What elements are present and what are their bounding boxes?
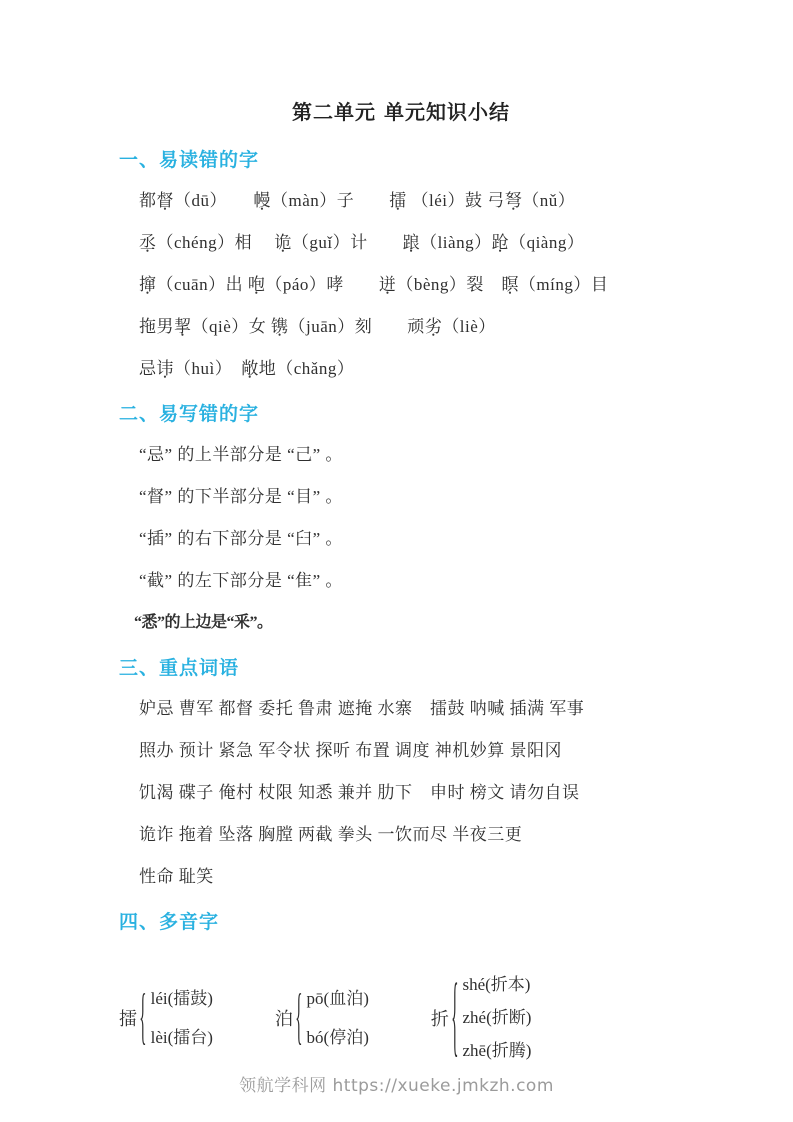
polyphone-reading: shé(折本) (462, 968, 531, 1001)
text-line: 拖男挈（qiè）女 镌（juān）刻 顽劣（liè） (119, 314, 683, 339)
emphasized-character: 幔 (254, 188, 272, 213)
emphasized-character: 诡 (274, 230, 292, 255)
emphasized-character: 擂 (389, 188, 407, 213)
brace-glyph: { (295, 987, 302, 1049)
emphasized-character: 镌 (271, 314, 289, 339)
emphasized-character: 讳 (157, 356, 175, 381)
emphasized-character: 踉 (403, 230, 421, 255)
text-line: 饥渴 碟子 俺村 杖限 知悉 兼并 肋下 申时 榜文 请勿自误 (119, 780, 683, 805)
polyphone-row: 擂 { léi(擂鼓) lèi(擂台) 泊 { pō(血泊) bó(停泊) 折 … (119, 968, 683, 1067)
emphasized-character: 跄 (492, 230, 510, 255)
polyphone-reading: léi(擂鼓) (151, 979, 213, 1018)
emphasized-character: 敞 (241, 356, 259, 381)
emphasized-character: 迸 (379, 272, 397, 297)
polyphone-group-zhe: 折 { shé(折本) zhé(折断) zhē(折腾) (431, 968, 532, 1067)
text-line: “插” 的右下部分是 “臼” 。 (119, 526, 683, 551)
text-line: 都督（dū） 幔（màn）子 擂 （léi）鼓 弓弩（nǔ） (119, 188, 683, 213)
emphasized-character: 瞑 (501, 272, 519, 297)
text-line: “截” 的左下部分是 “隹” 。 (119, 568, 683, 593)
text-line: “悉”的上边是“釆”。 (119, 610, 683, 635)
polyphone-character: 折 (431, 1005, 449, 1031)
emphasized-character: 弩 (505, 188, 523, 213)
section-heading-easily-miswritten: 二、易写错的字 (119, 399, 683, 426)
polyphone-reading: pō(血泊) (307, 979, 369, 1018)
brace-glyph: { (139, 987, 146, 1049)
brace-glyph: { (451, 973, 458, 1063)
text-line: 丞（chéng）相 诡（guǐ）计 踉（liàng）跄（qiàng） (119, 230, 683, 255)
page-title: 第二单元 单元知识小结 (119, 96, 683, 125)
polyphone-readings: léi(擂鼓) lèi(擂台) (151, 979, 213, 1057)
text-line: “督” 的下半部分是 “目” 。 (119, 484, 683, 509)
polyphone-readings: pō(血泊) bó(停泊) (307, 979, 369, 1057)
emphasized-character: 咆 (248, 272, 266, 297)
polyphone-reading: lèi(擂台) (151, 1018, 213, 1057)
document-content: 第二单元 单元知识小结 一、易读错的字 都督（dū） 幔（màn）子 擂 （lé… (0, 0, 793, 1067)
polyphone-reading: bó(停泊) (307, 1018, 369, 1057)
text-line: “忌” 的上半部分是 “己” 。 (119, 442, 683, 467)
footer-watermark: 领航学科网 https://xueke.jmkzh.com (0, 1071, 793, 1096)
emphasized-character: 撺 (139, 272, 157, 297)
polyphone-character: 擂 (119, 1005, 137, 1031)
text-line: 诡诈 拖着 坠落 胸膛 两截 拳头 一饮而尽 半夜三更 (119, 822, 683, 847)
text-line: 照办 预计 紧急 军令状 探听 布置 调度 神机妙算 景阳冈 (119, 738, 683, 763)
text-line: 性命 耻笑 (119, 864, 683, 889)
polyphone-group-lei: 擂 { léi(擂鼓) lèi(擂台) (119, 979, 213, 1057)
emphasized-character: 督 (157, 188, 175, 213)
text-line: 撺（cuān）出 咆（páo）哮 迸（bèng）裂 瞑（míng）目 (119, 272, 683, 297)
emphasized-character: 丞 (139, 230, 157, 255)
polyphone-character: 泊 (275, 1005, 293, 1031)
polyphone-group-po: 泊 { pō(血泊) bó(停泊) (275, 979, 369, 1057)
document-page: 第二单元 单元知识小结 一、易读错的字 都督（dū） 幔（màn）子 擂 （lé… (0, 0, 793, 1122)
polyphone-reading: zhé(折断) (462, 1001, 531, 1034)
emphasized-character: 劣 (425, 314, 443, 339)
section-heading-key-words: 三、重点词语 (119, 653, 683, 680)
text-line: 忌讳（huì） 敞地（chǎng） (119, 356, 683, 381)
text-line: 妒忌 曹军 都督 委托 鲁肃 遮掩 水寨 擂鼓 呐喊 插满 军事 (119, 696, 683, 721)
section-heading-polyphones: 四、多音字 (119, 907, 683, 934)
polyphone-readings: shé(折本) zhé(折断) zhē(折腾) (462, 968, 531, 1067)
emphasized-character: 挈 (174, 314, 192, 339)
polyphone-reading: zhē(折腾) (462, 1034, 531, 1067)
section-heading-easily-misread: 一、易读错的字 (119, 145, 683, 172)
